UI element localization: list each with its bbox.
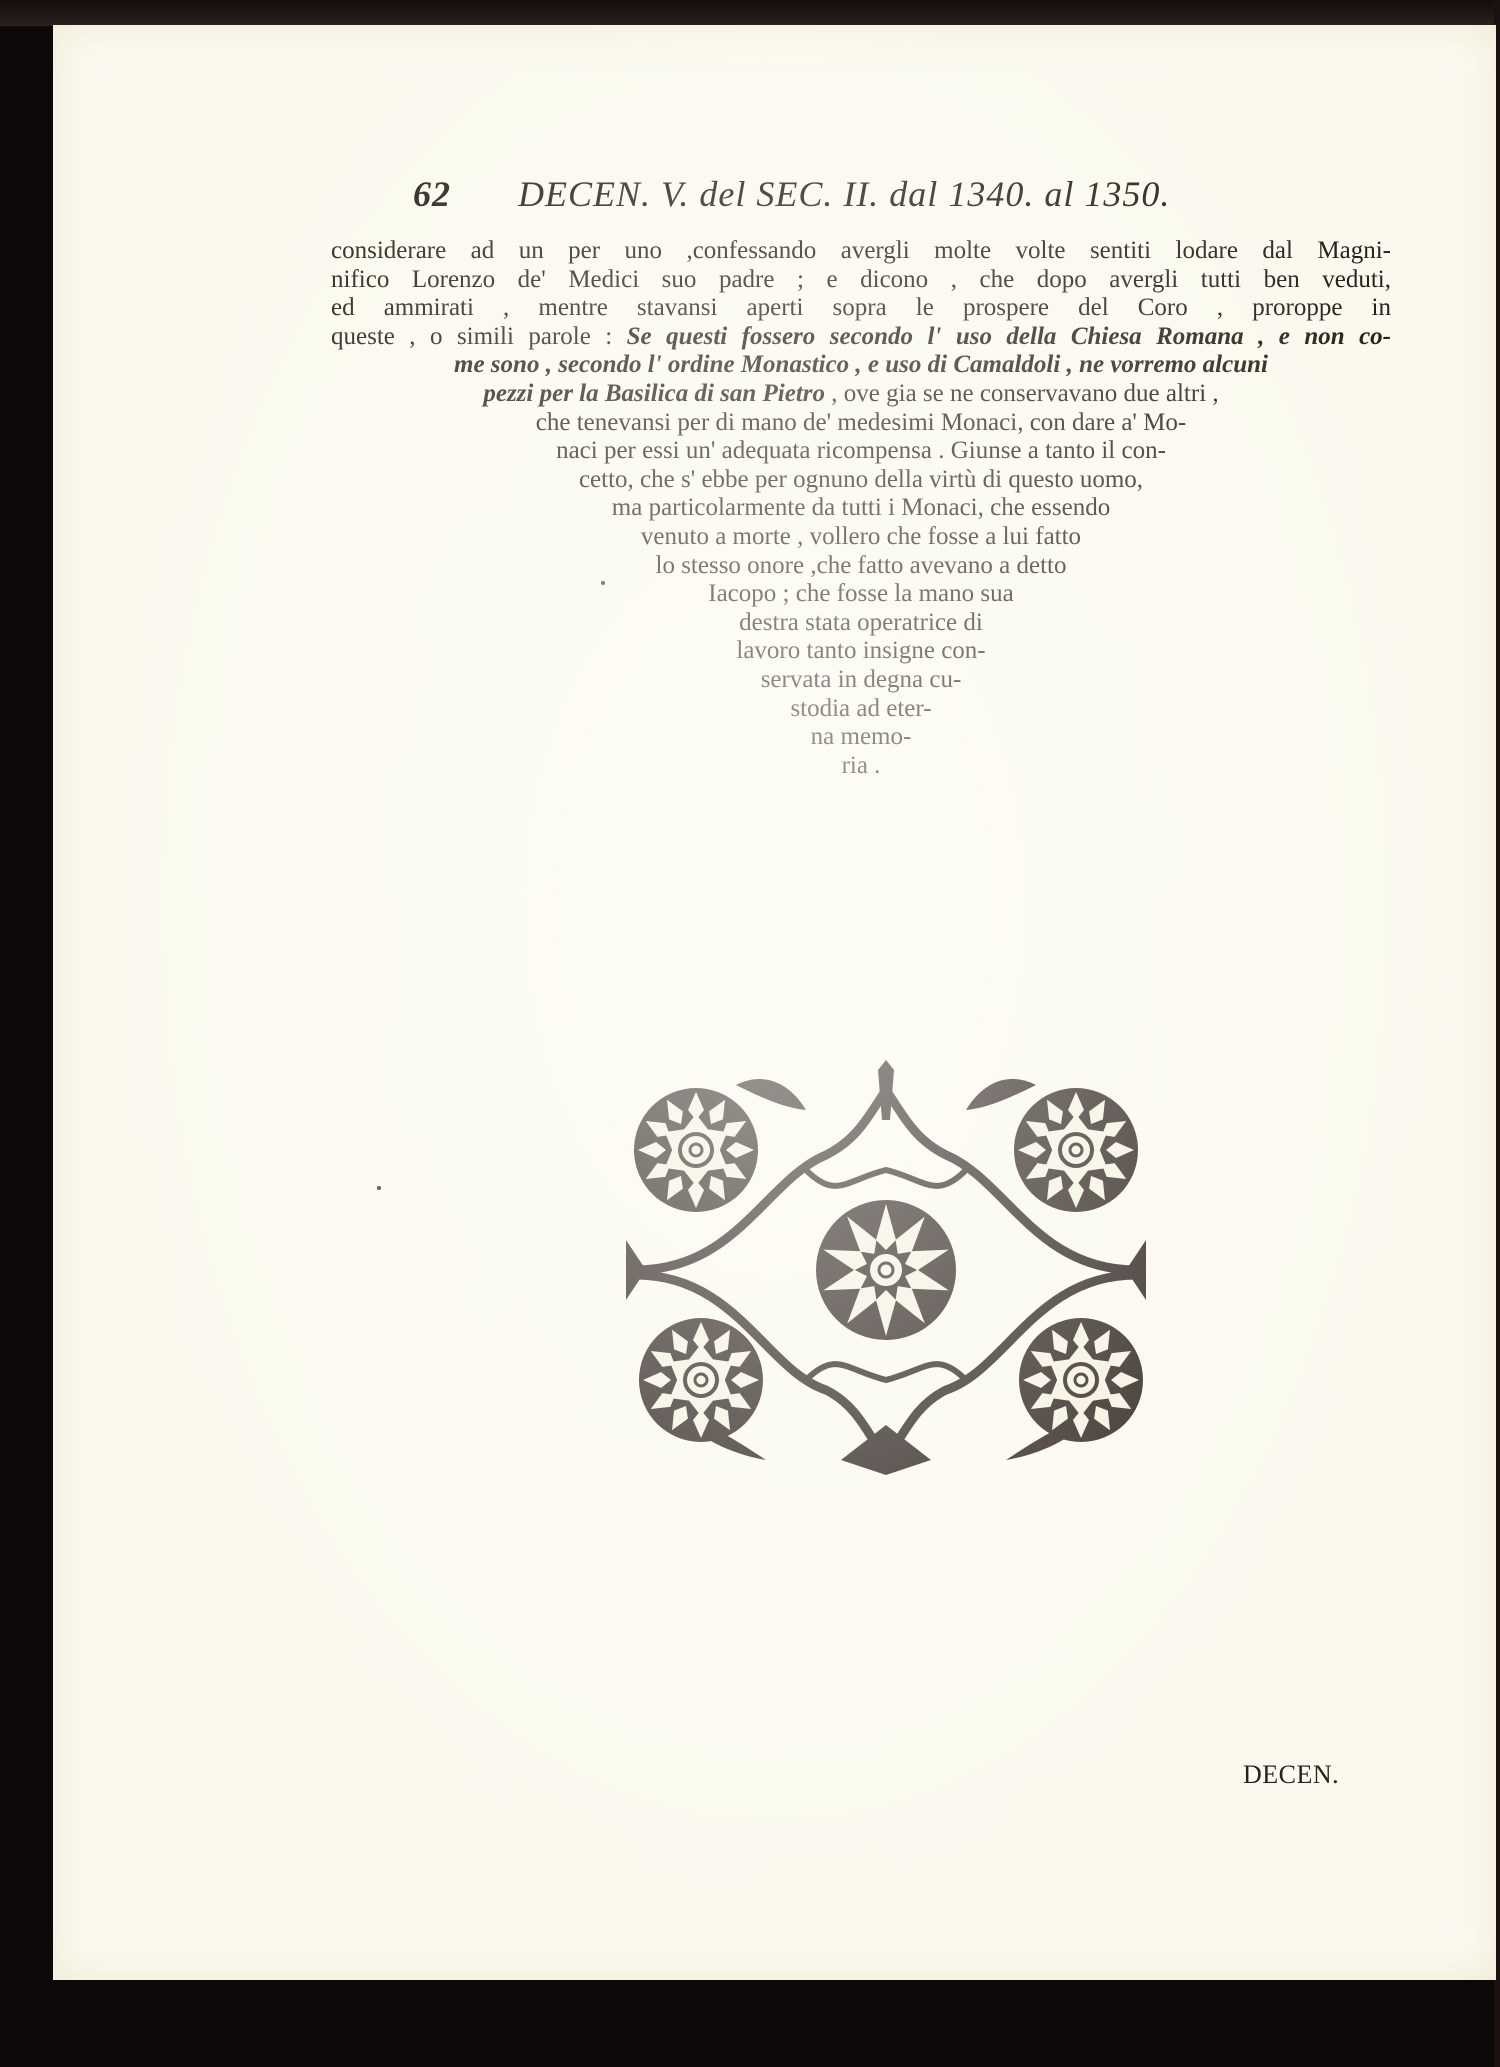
text-line: ed ammirati , mentre stavansi aperti sop… — [331, 294, 1391, 323]
text-line: servata in degna cu- — [331, 666, 1391, 695]
text-line: queste , o simili parole : Se questi fos… — [331, 323, 1391, 352]
page-number: 62 — [413, 173, 451, 215]
text-line: ria . — [331, 752, 1391, 781]
text-line: che tenevansi per di mano de' medesimi M… — [331, 409, 1391, 438]
text-line: venuto a morte , vollero che fosse a lui… — [331, 523, 1391, 552]
catchword: DECEN. — [1243, 1760, 1339, 1790]
scan-border-top — [0, 0, 1500, 26]
text-line: pezzi per la Basilica di san Pietro , ov… — [331, 380, 1391, 409]
text-line: stodia ad eter- — [331, 695, 1391, 724]
woodcut-ornament-icon — [616, 1060, 1156, 1480]
body-text: considerare ad un per uno ,confessando a… — [331, 237, 1391, 780]
text-line: me sono , secondo l' ordine Monastico , … — [331, 351, 1391, 380]
text-line: considerare ad un per uno ,confessando a… — [331, 237, 1391, 266]
running-title: DECEN. V. del SEC. II. dal 1340. al 1350… — [518, 173, 1170, 215]
text-line: nifico Lorenzo de' Medici suo padre ; e … — [331, 266, 1391, 295]
running-head: 62 DECEN. V. del SEC. II. dal 1340. al 1… — [413, 173, 1363, 223]
text-line: naci per essi un' adequata ricompensa . … — [331, 437, 1391, 466]
text-line: cetto, che s' ebbe per ognuno della virt… — [331, 466, 1391, 495]
text-line: lavoro tanto insigne con- — [331, 637, 1391, 666]
text-line: Iacopo ; che fosse la mano sua — [331, 580, 1391, 609]
text-line: na memo- — [331, 723, 1391, 752]
book-page: 62 DECEN. V. del SEC. II. dal 1340. al 1… — [53, 25, 1496, 1980]
text-line: destra stata operatrice di — [331, 609, 1391, 638]
text-line: lo stesso onore ,che fatto avevano a det… — [331, 552, 1391, 581]
ink-speck — [377, 1186, 381, 1190]
text-line: ma particolarmente da tutti i Monaci, ch… — [331, 494, 1391, 523]
ink-speck — [601, 581, 605, 585]
